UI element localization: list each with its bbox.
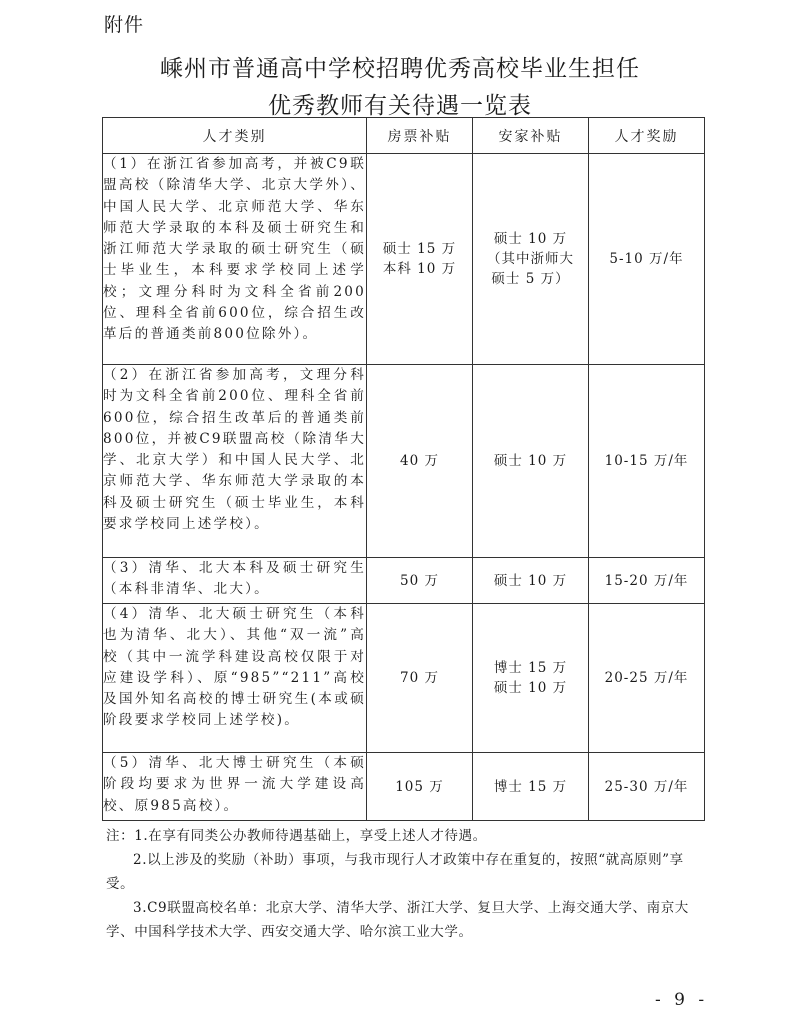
notes-section: 注：1.在享有同类公办教师待遇基础上，享受上述人才待遇。 2.以上涉及的奖励（补… <box>106 824 706 944</box>
housing-cell: 105 万 <box>367 753 473 821</box>
table-row: （1）在浙江省参加高考，并被C9联盟高校（除清华大学、北京大学外）、中国人民大学… <box>103 154 705 365</box>
housing-cell: 40 万 <box>367 365 473 558</box>
category-cell: （5）清华、北大博士研究生（本硕阶段均要求为世界一流大学建设高校、原985高校）… <box>103 753 367 821</box>
note-1: 注：1.在享有同类公办教师待遇基础上，享受上述人才待遇。 <box>106 824 706 848</box>
category-cell: （1）在浙江省参加高考，并被C9联盟高校（除清华大学、北京大学外）、中国人民大学… <box>103 154 367 365</box>
award-cell: 25-30 万/年 <box>589 753 705 821</box>
table-header-row: 人才类别 房票补贴 安家补贴 人才奖励 <box>103 118 705 154</box>
housing-cell: 70 万 <box>367 604 473 753</box>
award-cell: 20-25 万/年 <box>589 604 705 753</box>
note-3: 3.C9联盟高校名单：北京大学、清华大学、浙江大学、复旦大学、上海交通大学、南京… <box>106 896 706 944</box>
note-2: 2.以上涉及的奖励（补助）事项，与我市现行人才政策中存在重复的，按照“就高原则”… <box>106 848 706 896</box>
category-cell: （4）清华、北大硕士研究生（本科也为清华、北大）、其他“双一流”高校（其中一流学… <box>103 604 367 753</box>
settlement-cell: 博士 15 万 <box>473 753 589 821</box>
award-cell: 5-10 万/年 <box>589 154 705 365</box>
header-talent-category: 人才类别 <box>103 118 367 154</box>
table-row: （5）清华、北大博士研究生（本硕阶段均要求为世界一流大学建设高校、原985高校）… <box>103 753 705 821</box>
category-cell: （3）清华、北大本科及硕士研究生（本科非清华、北大）。 <box>103 558 367 604</box>
settlement-cell: 硕士 10 万 （其中浙师大 硕士 5 万） <box>473 154 589 365</box>
page-number: - 9 - <box>655 990 708 1010</box>
settlement-cell: 硕士 10 万 <box>473 558 589 604</box>
award-cell: 10-15 万/年 <box>589 365 705 558</box>
category-cell: （2）在浙江省参加高考，文理分科时为文科全省前200位、理科全省前600位，综合… <box>103 365 367 558</box>
settlement-cell: 硕士 10 万 <box>473 365 589 558</box>
table-row: （2）在浙江省参加高考，文理分科时为文科全省前200位、理科全省前600位，综合… <box>103 365 705 558</box>
attachment-label: 附件 <box>104 10 144 37</box>
settlement-cell: 博士 15 万 硕士 10 万 <box>473 604 589 753</box>
header-settlement-subsidy: 安家补贴 <box>473 118 589 154</box>
table-row: （3）清华、北大本科及硕士研究生（本科非清华、北大）。 50 万 硕士 10 万… <box>103 558 705 604</box>
table-row: （4）清华、北大硕士研究生（本科也为清华、北大）、其他“双一流”高校（其中一流学… <box>103 604 705 753</box>
award-cell: 15-20 万/年 <box>589 558 705 604</box>
document-title-line1: 嵊州市普通高中学校招聘优秀高校毕业生担任 <box>0 50 800 83</box>
treatment-table: 人才类别 房票补贴 安家补贴 人才奖励 （1）在浙江省参加高考，并被C9联盟高校… <box>102 117 705 821</box>
housing-cell: 硕士 15 万 本科 10 万 <box>367 154 473 365</box>
header-talent-award: 人才奖励 <box>589 118 705 154</box>
header-housing-subsidy: 房票补贴 <box>367 118 473 154</box>
housing-cell: 50 万 <box>367 558 473 604</box>
document-title-line2: 优秀教师有关待遇一览表 <box>0 87 800 120</box>
